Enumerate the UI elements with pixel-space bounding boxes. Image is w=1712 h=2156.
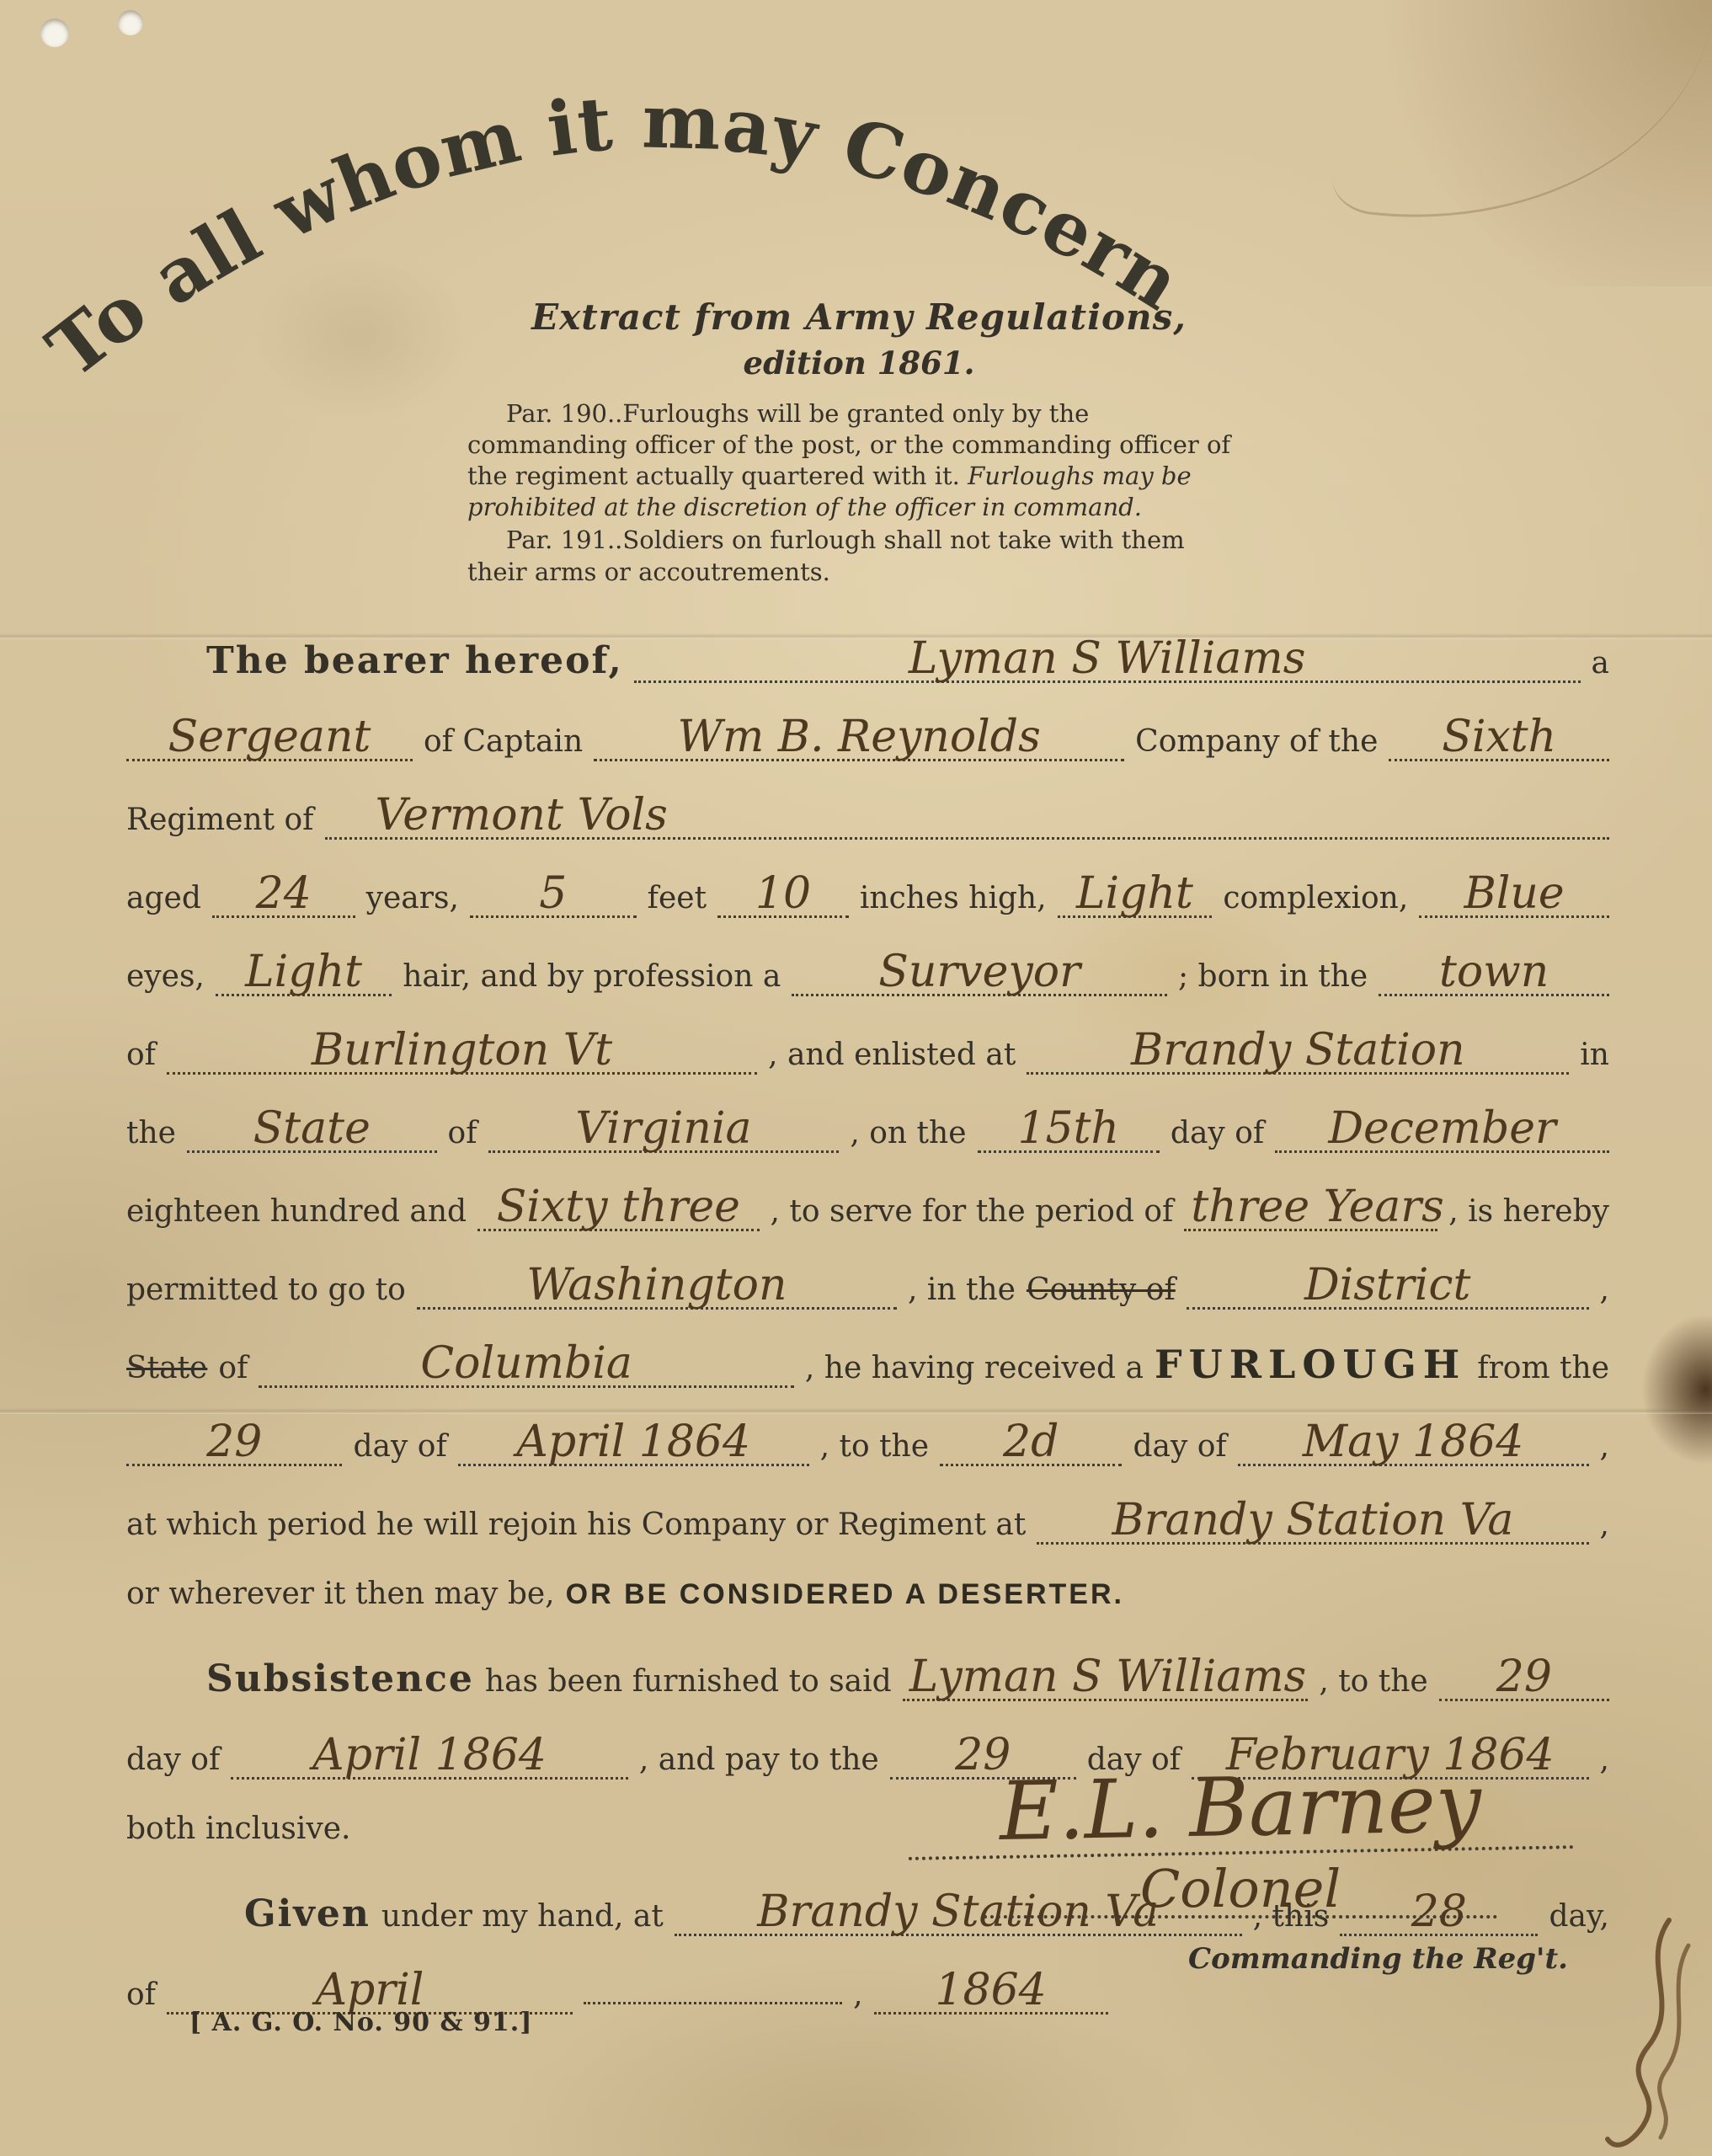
printed-text: , to serve for the period of <box>771 1194 1174 1229</box>
enlist-year-line: eighteen hundred and Sixty three , to se… <box>126 1185 1609 1232</box>
company-fill: Sixth <box>1389 715 1609 761</box>
printed-text: , to the <box>820 1429 929 1464</box>
columbia-furlough-line: State of Columbia , he having received a… <box>126 1342 1609 1389</box>
blank-fill <box>584 2002 842 2004</box>
printed-text: , <box>853 1977 862 2012</box>
printed-text: years, <box>366 881 459 915</box>
printed-text: Company of the <box>1135 724 1378 759</box>
printed-text: of <box>126 1038 156 1072</box>
subsistence-day-fill: 29 <box>1439 1655 1609 1701</box>
rank-fill: Sergeant <box>126 715 413 761</box>
signature-rank: Colonel <box>984 1863 1497 1919</box>
printed-text: day of <box>353 1429 446 1464</box>
printed-text: inches high, <box>860 881 1047 915</box>
printed-text: the <box>126 1116 176 1150</box>
destination-line: permitted to go to Washington , in the C… <box>126 1263 1609 1310</box>
printed-text: eighteen hundred and <box>126 1194 467 1229</box>
captain-name-fill: Wm B. Reynolds <box>594 715 1124 761</box>
hair-fill: Light <box>216 950 392 996</box>
rejoin-line: at which period he will rejoin his Compa… <box>126 1498 1609 1545</box>
inches-fill: 10 <box>717 872 849 918</box>
printed-text: , and pay to the <box>639 1742 879 1777</box>
regulations-extract: Extract from Army Regulations, edition 1… <box>467 0 1251 588</box>
age-fill: 24 <box>212 872 355 918</box>
given-lead: Given <box>244 1892 371 1935</box>
subsistence-line: Subsistence has been furnished to said L… <box>206 1655 1609 1702</box>
printed-text: or wherever it then may be, <box>126 1577 555 1611</box>
furlough-document-page: To all whom it may Concern: Extract from… <box>0 0 1712 2156</box>
printed-text: , and enlisted at <box>768 1038 1016 1072</box>
printed-text: ; born in the <box>1178 959 1368 994</box>
printed-text: day of <box>1133 1429 1226 1464</box>
signature-block: E.L. Barney Colonel Commanding the Reg't… <box>908 1767 1573 1976</box>
printed-text: of <box>218 1351 248 1385</box>
torn-corner <box>1316 0 1712 286</box>
printed-text: of <box>448 1116 477 1150</box>
regiment-line: Regiment of Vermont Vols <box>126 793 1609 841</box>
enlist-day-fill: 15th <box>978 1107 1160 1153</box>
printed-text: aged <box>126 881 201 915</box>
destination-fill: Washington <box>417 1263 897 1310</box>
printed-text: of <box>126 1977 156 2012</box>
deserter-line: or wherever it then may be, OR BE CONSID… <box>126 1577 1609 1624</box>
vertical-signature-scribble <box>1589 1912 1699 2156</box>
printed-text: , to the <box>1319 1664 1427 1699</box>
state-fill: Virginia <box>488 1107 840 1153</box>
columbia-fill: Columbia <box>259 1342 794 1388</box>
printed-text: a <box>1592 646 1609 680</box>
subsistence-month-fill: April 1864 <box>231 1733 628 1780</box>
paragraph-190: Par. 190..Furloughs will be granted only… <box>467 398 1251 523</box>
enlist-month-fill: December <box>1275 1107 1609 1153</box>
state-line: the State of Virginia , on the 15th day … <box>126 1107 1609 1154</box>
complexion-fill: Light <box>1058 872 1213 918</box>
printed-text: , in the <box>908 1273 1016 1307</box>
signature-role: Commanding the Reg't. <box>908 1942 1573 1976</box>
feet-fill: 5 <box>470 872 637 918</box>
printed-text: , on the <box>850 1116 966 1150</box>
service-period-fill: three Years <box>1184 1185 1437 1231</box>
rejoin-place-fill: Brandy Station Va <box>1037 1498 1588 1545</box>
start-month-fill: April 1864 <box>458 1420 809 1466</box>
furlough-word: FURLOUGH <box>1155 1342 1466 1387</box>
struck-county-of: County of <box>1027 1273 1176 1307</box>
paragraph-191: Par. 191..Soldiers on furlough shall not… <box>467 525 1251 587</box>
age-height-line: aged 24 years, 5 feet 10 inches high, Li… <box>126 872 1609 919</box>
state-word-fill: State <box>187 1107 437 1153</box>
printed-text: under my hand, at <box>381 1899 664 1934</box>
bearer-name-fill: Lyman S Williams <box>634 637 1581 683</box>
printed-text: of Captain <box>424 724 583 759</box>
printed-text: , <box>1600 1273 1609 1307</box>
printed-text: , is hereby <box>1448 1194 1609 1229</box>
end-month-fill: May 1864 <box>1238 1420 1589 1466</box>
deserter-warning: OR BE CONSIDERED A DESERTER. <box>566 1578 1124 1611</box>
printed-text: complexion, <box>1223 881 1408 915</box>
signature-name: E.L. Barney <box>907 1761 1574 1860</box>
start-day-fill: 29 <box>126 1420 342 1466</box>
born-place-type-fill: town <box>1379 950 1609 996</box>
end-day-fill: 2d <box>940 1420 1122 1466</box>
printed-text: eyes, <box>126 959 205 994</box>
printed-text: both inclusive. <box>126 1812 350 1846</box>
printed-text: day of <box>1171 1116 1264 1150</box>
struck-state: State <box>126 1351 207 1385</box>
enlist-place-fill: Brandy Station <box>1027 1028 1569 1075</box>
ago-form-number: [ A. G. O. No. 90 & 91.] <box>189 2008 532 2037</box>
rank-line: Sergeant of Captain Wm B. Reynolds Compa… <box>126 715 1609 762</box>
year-words-fill: Sixty three <box>477 1185 759 1231</box>
printed-text: day of <box>126 1742 220 1777</box>
birthplace-line: of Burlington Vt , and enlisted at Brand… <box>126 1028 1609 1075</box>
printed-text: , <box>1600 1429 1609 1464</box>
printed-text: has been furnished to said <box>485 1664 892 1699</box>
printed-text: feet <box>648 881 707 915</box>
printed-text: at which period he will rejoin his Compa… <box>126 1508 1026 1542</box>
profession-fill: Surveyor <box>792 950 1167 996</box>
eye-color-fill: Blue <box>1419 872 1609 918</box>
subsistence-name-fill: Lyman S Williams <box>903 1655 1309 1701</box>
bearer-lead: The bearer hereof, <box>206 639 623 682</box>
bearer-line: The bearer hereof, Lyman S Williams a <box>206 637 1609 684</box>
printed-text: hair, and by profession a <box>403 959 781 994</box>
printed-text: permitted to go to <box>126 1273 406 1307</box>
printed-text: , he having received a <box>805 1351 1144 1385</box>
subsistence-lead: Subsistence <box>206 1657 474 1700</box>
printed-text: , <box>1600 1508 1609 1542</box>
printed-text: from the <box>1477 1351 1609 1385</box>
district-fill: District <box>1187 1263 1589 1310</box>
printed-text: in <box>1580 1038 1609 1072</box>
furlough-dates-line: 29 day of April 1864 , to the 2d day of … <box>126 1420 1609 1467</box>
extract-edition: edition 1861. <box>467 344 1251 382</box>
birthplace-fill: Burlington Vt <box>167 1028 757 1075</box>
printed-text: , <box>1600 1742 1609 1777</box>
regiment-fill: Vermont Vols <box>325 793 1609 840</box>
eyes-profession-line: eyes, Light hair, and by profession a Su… <box>126 950 1609 997</box>
extract-heading: Extract from Army Regulations, <box>467 296 1251 338</box>
printed-text: Regiment of <box>126 803 314 837</box>
